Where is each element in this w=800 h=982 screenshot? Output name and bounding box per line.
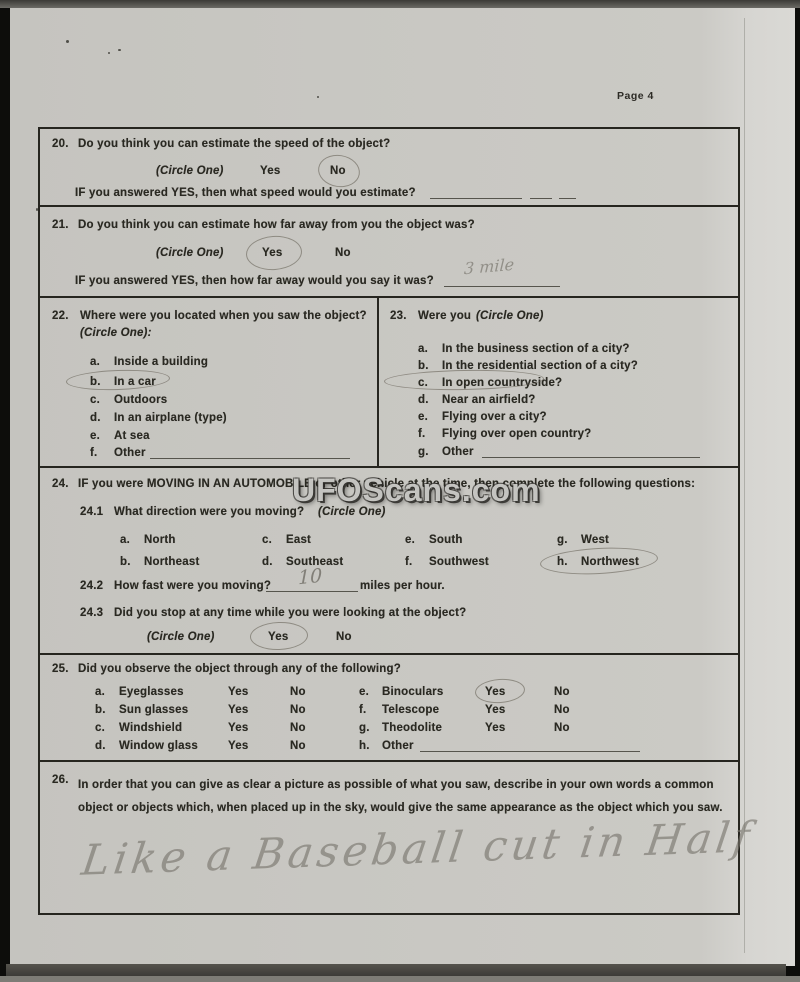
q25-option-no: No <box>554 704 570 716</box>
section-q24: 24. IF you were MOVING IN AN AUTOMOBILE … <box>40 468 738 655</box>
column-divider <box>377 298 379 466</box>
q25-item-label: Window glass <box>119 740 198 752</box>
q25-item-letter: b. <box>95 704 106 716</box>
scanned-questionnaire-page: { "page": { "number_label": "Page 4", "w… <box>0 0 800 982</box>
q20-answer-blank <box>530 187 552 199</box>
q21-answer-blank <box>444 275 560 287</box>
q25-option-no: No <box>290 740 306 752</box>
q21-circle-one-label: (Circle One) <box>156 247 224 259</box>
q25-option-yes: Yes <box>228 686 248 698</box>
q20-number: 20. <box>52 138 69 150</box>
section-q20: 20. Do you think you can estimate the sp… <box>40 129 738 207</box>
q22-item-label: In an airplane (type) <box>114 412 227 424</box>
q23-item-letter: b. <box>418 360 429 372</box>
q22-number: 22. <box>52 310 69 322</box>
q24-1-number: 24.1 <box>80 506 103 518</box>
q25-other-blank <box>420 740 640 752</box>
section-q21: 21. Do you think you can estimate how fa… <box>40 207 738 298</box>
q25-option-yes: Yes <box>228 704 248 716</box>
q23-circle-one-label: (Circle One) <box>476 310 544 322</box>
q21-followup: IF you answered YES, then how far away w… <box>75 275 434 287</box>
q25-option-yes: Yes <box>485 704 505 716</box>
circle-annotation-q21-yes <box>245 234 303 272</box>
q25-option-yes: Yes <box>228 740 248 752</box>
q23-item-label: Flying over a city? <box>442 411 547 423</box>
q25-number: 25. <box>52 663 69 675</box>
q24-2-text: How fast were you moving? <box>114 580 271 592</box>
q24-1-circle-one-label: (Circle One) <box>318 506 386 518</box>
q24-1-text: What direction were you moving? <box>114 506 304 518</box>
section-q22-q23: 22. Where were you located when you saw … <box>40 298 738 468</box>
q23-item-label: Flying over open country? <box>442 428 591 440</box>
q25-option-yes: Yes <box>228 722 248 734</box>
q24-3-number: 24.3 <box>80 607 103 619</box>
scan-top-edge <box>0 0 800 8</box>
direction-letter: f. <box>405 556 412 568</box>
direction-label: West <box>581 534 609 546</box>
scan-speck <box>317 96 319 98</box>
q22-other-blank <box>150 447 350 459</box>
scan-speck <box>66 40 69 43</box>
q25-option-no: No <box>290 722 306 734</box>
q20-followup: IF you answered YES, then what speed wou… <box>75 187 416 199</box>
q25-item-label: Telescope <box>382 704 439 716</box>
q22-item-letter: c. <box>90 394 100 406</box>
q23-item-letter: f. <box>418 428 425 440</box>
q25-text: Did you observe the object through any o… <box>78 663 401 675</box>
q23-other-blank <box>482 446 700 458</box>
q25-option-no: No <box>554 722 570 734</box>
q25-item-letter: c. <box>95 722 105 734</box>
q22-item-label: Inside a building <box>114 356 208 368</box>
q23-number: 23. <box>390 310 407 322</box>
q23-item-label: In the business section of a city? <box>442 343 630 355</box>
questionnaire-form-box: 20. Do you think you can estimate the sp… <box>38 127 740 915</box>
q23-item-label: Other <box>442 446 474 458</box>
q25-item-label: Other <box>382 740 414 752</box>
q25-option-no: No <box>290 686 306 698</box>
q22-text: Where were you located when you saw the … <box>80 310 367 322</box>
direction-letter: g. <box>557 534 568 546</box>
q25-option-yes: Yes <box>485 722 505 734</box>
q24-3-text: Did you stop at any time while you were … <box>114 607 466 619</box>
q22-item-label: Other <box>114 447 146 459</box>
q24-2-handwritten-answer: 10 <box>298 565 322 590</box>
q25-option-no: No <box>554 686 570 698</box>
q23-item-letter: d. <box>418 394 429 406</box>
q22-item-letter: d. <box>90 412 101 424</box>
q25-item-label: Eyeglasses <box>119 686 184 698</box>
direction-label: East <box>286 534 311 546</box>
direction-label: North <box>144 534 176 546</box>
q22-circle-one-label: (Circle One): <box>80 327 152 339</box>
circle-annotation-q25-binoculars-yes <box>474 677 526 704</box>
q21-text: Do you think you can estimate how far aw… <box>78 219 475 231</box>
page-number: Page 4 <box>617 90 654 102</box>
q20-answer-blank <box>559 187 576 199</box>
q25-item-letter: g. <box>359 722 370 734</box>
q26-handwritten-answer: Like a Baseball cut in Half <box>79 812 757 885</box>
q23-text: Were you <box>418 310 471 322</box>
q20-circle-one-label: (Circle One) <box>156 165 224 177</box>
section-q25: 25. Did you observe the object through a… <box>40 655 738 762</box>
q22-item-label: Outdoors <box>114 394 167 406</box>
q25-item-label: Theodolite <box>382 722 442 734</box>
q26-number: 26. <box>52 774 69 786</box>
watermark: UFOScans.com <box>292 472 541 509</box>
q24-3-option-no: No <box>336 631 352 643</box>
q23-item-label: Near an airfield? <box>442 394 536 406</box>
q25-item-letter: a. <box>95 686 105 698</box>
q25-item-letter: h. <box>359 740 370 752</box>
direction-letter: c. <box>262 534 272 546</box>
q23-item-letter: a. <box>418 343 428 355</box>
direction-letter: b. <box>120 556 131 568</box>
q22-item-letter: a. <box>90 356 100 368</box>
q25-option-no: No <box>290 704 306 716</box>
q26-text: In order that you can give as clear a pi… <box>78 774 730 820</box>
q20-option-yes: Yes <box>260 165 280 177</box>
q22-item-letter: e. <box>90 430 100 442</box>
q25-item-letter: f. <box>359 704 366 716</box>
q25-item-label: Windshield <box>119 722 182 734</box>
q25-item-letter: d. <box>95 740 106 752</box>
q24-3-circle-one-label: (Circle One) <box>147 631 215 643</box>
q24-number: 24. <box>52 478 69 490</box>
q25-item-letter: e. <box>359 686 369 698</box>
q24-2-suffix: miles per hour. <box>360 580 445 592</box>
scan-speck <box>108 52 110 54</box>
q20-answer-blank <box>430 187 522 199</box>
q22-item-letter: f. <box>90 447 97 459</box>
circle-annotation-q24-3-yes <box>250 621 309 651</box>
circle-annotation-q22-in-a-car <box>66 368 171 392</box>
q25-item-label: Binoculars <box>382 686 443 698</box>
q21-option-no: No <box>335 247 351 259</box>
q22-item-label: At sea <box>114 430 150 442</box>
circle-annotation-q24-northwest <box>539 545 658 577</box>
direction-letter: a. <box>120 534 130 546</box>
scan-bottom-fade <box>0 976 800 982</box>
direction-label: Southwest <box>429 556 489 568</box>
section-q26: 26. In order that you can give as clear … <box>40 762 738 913</box>
direction-letter: e. <box>405 534 415 546</box>
direction-letter: d. <box>262 556 273 568</box>
q20-text: Do you think you can estimate the speed … <box>78 138 390 150</box>
scan-bottom-edge <box>6 964 786 976</box>
direction-label: Northeast <box>144 556 199 568</box>
q21-number: 21. <box>52 219 69 231</box>
q23-item-letter: g. <box>418 446 429 458</box>
q24-2-number: 24.2 <box>80 580 103 592</box>
direction-label: South <box>429 534 463 546</box>
circle-annotation-q20-no <box>316 152 362 190</box>
scan-speck <box>118 49 121 51</box>
q25-item-label: Sun glasses <box>119 704 188 716</box>
q23-item-letter: e. <box>418 411 428 423</box>
